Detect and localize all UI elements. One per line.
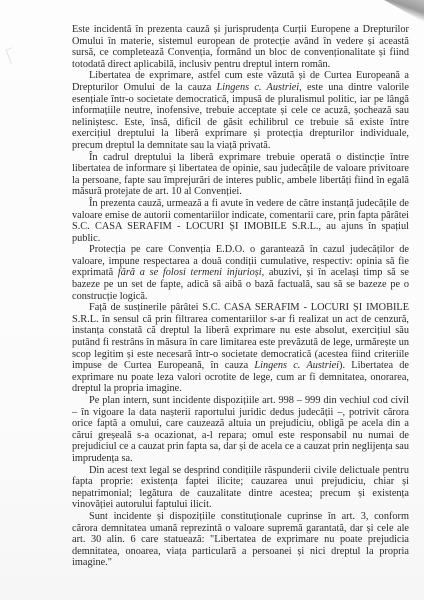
paragraph-6: Față de susținerile pârâtei S.C. CASA SE… [72,302,409,395]
paragraph-3: În cadrul dreptului la liberă exprimare … [72,152,409,198]
scanned-page: Este incidentă în prezenta cauză și juri… [0,0,424,600]
paragraph-2: Libertatea de exprimare, astfel cum este… [72,70,409,151]
paragraph-7: Pe plan intern, sunt incidente dispoziți… [72,395,409,465]
emphasis: fără a se folosi termeni injurioși [118,267,262,278]
paragraph-4: În prezenta cauză, urmează a fi avute în… [72,198,409,244]
page-corner-fold [384,0,424,22]
paragraph-8: Din acest text legal se desprind condiți… [72,465,409,511]
document-body: Este incidentă în prezenta cauză și juri… [72,24,409,569]
paragraph-1: Este incidentă în prezenta cauză și juri… [72,24,409,70]
case-name: Lingens c. Austriei [217,82,300,93]
case-name: Lingens c. Austriei [254,360,339,371]
paragraph-5: Protecția pe care Convenția E.D.O. o gar… [72,244,409,302]
paragraph-9: Sunt incidente și dispozițiile constituț… [72,511,409,569]
margin-mark [6,47,18,63]
